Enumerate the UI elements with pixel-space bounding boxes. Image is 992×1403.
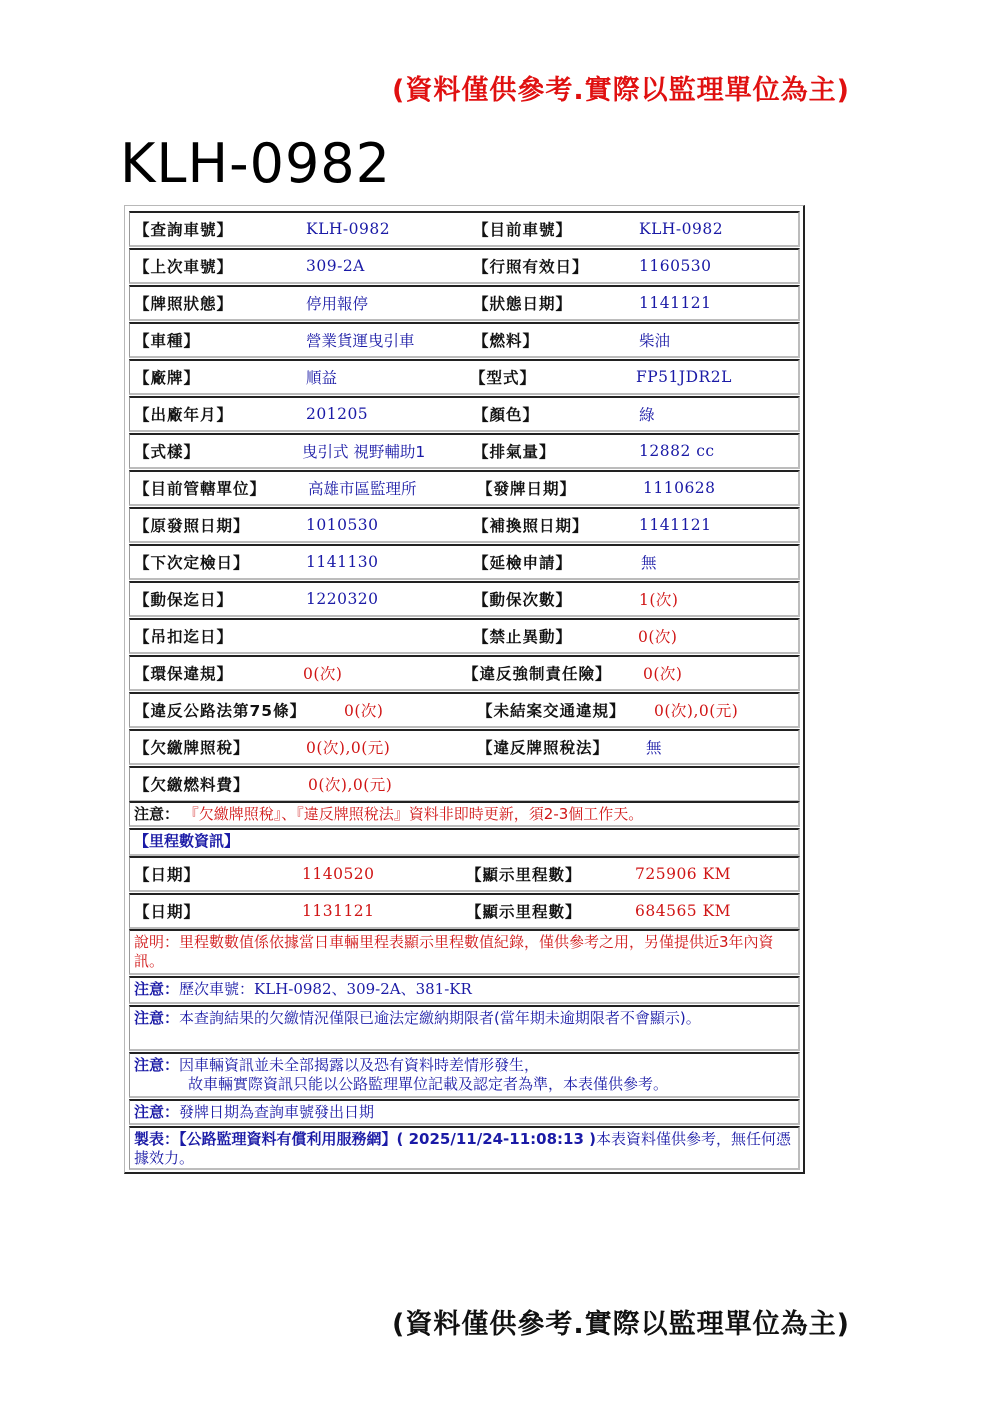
row-label: 【車種】: [134, 324, 200, 356]
row-label: 【查詢車號】: [134, 213, 233, 245]
row-label: 【補換照日期】: [473, 509, 589, 541]
table-row: 【欠繳燃料費】 0(次),0(元): [129, 766, 800, 802]
row-value: 順益: [306, 361, 337, 393]
tax-update-note: 注意： 『欠繳牌照稅』、『違反牌照稅法』資料非即時更新，須2-3個工作天。: [129, 801, 800, 827]
row-label: 【動保次數】: [473, 583, 572, 615]
row-label: 【狀態日期】: [473, 287, 572, 319]
table-row: 【式樣】 曳引式 視野輔助1 【排氣量】 12882 cc: [129, 433, 800, 469]
source-name: 【公路監理資料有償利用服務網】: [179, 1130, 397, 1148]
row-value: 綠: [639, 398, 655, 430]
row-value: FP51JDR2L: [636, 361, 732, 393]
row-label: 【廠牌】: [134, 361, 200, 393]
row-value: 柴油: [639, 324, 670, 356]
row-value: 1110628: [643, 472, 716, 504]
note-text: 『欠繳牌照稅』、『違反牌照稅法』資料非即時更新，須2-3個工作天。: [184, 805, 644, 823]
row-value: 1(次): [639, 583, 678, 615]
row-value: 0(次): [344, 694, 383, 726]
row-label: 【牌照狀態】: [134, 287, 233, 319]
note-text: 本查詢結果的欠繳情況僅限已逾法定繳納期限者(當年期未逾期限者不會顯示)。: [179, 1009, 701, 1027]
row-label: 【行照有效日】: [473, 250, 589, 282]
disclaimer-bottom: (資料僅供參考.實際以監理單位為主): [392, 1302, 850, 1341]
row-value: 0(次),0(元): [306, 731, 390, 763]
row-label: 【下次定檢日】: [134, 546, 250, 578]
mileage-km: 684565 KM: [635, 895, 731, 927]
table-row: 【欠繳牌照稅】 0(次),0(元) 【違反牌照稅法】 無: [129, 729, 800, 765]
row-label: 【動保迄日】: [134, 583, 233, 615]
vehicle-info-table: 【查詢車號】 KLH-0982 【目前車號】 KLH-0982 【上次車號】 3…: [124, 205, 805, 1174]
row-label: 【吊扣迄日】: [134, 620, 233, 652]
table-row: 【目前管轄單位】 高雄市區監理所 【發牌日期】 1110628: [129, 470, 800, 506]
mileage-date: 1140520: [302, 858, 375, 890]
table-row: 【上次車號】 309-2A 【行照有效日】 1160530: [129, 248, 800, 284]
row-label: 【環保違規】: [134, 657, 233, 689]
table-row: 【違反公路法第75條】 0(次) 【未結案交通違規】 0(次),0(元): [129, 692, 800, 728]
row-label: 【目前管轄單位】: [134, 472, 266, 504]
row-label: 【發牌日期】: [477, 472, 576, 504]
row-label: 【延檢申請】: [473, 546, 572, 578]
row-label: 【式樣】: [134, 435, 200, 467]
table-row: 【牌照狀態】 停用報停 【狀態日期】 1141121: [129, 285, 800, 321]
row-label: 【未結案交通違規】: [477, 694, 626, 726]
disclosure-note: 注意：因車輛資訊並未全部揭露以及恐有資料時差情形發生， 故車輛實際資訊只能以公路…: [129, 1052, 800, 1098]
plate-history: KLH-0982、309-2A、381-KR: [254, 980, 472, 998]
row-label: 【燃料】: [473, 324, 539, 356]
row-value: 12882 cc: [639, 435, 715, 467]
table-row: 【出廠年月】 201205 【顏色】 綠: [129, 396, 800, 432]
row-value: 1141121: [639, 287, 712, 319]
row-label: 【日期】: [134, 858, 200, 890]
row-value: 高雄市區監理所: [308, 472, 417, 504]
note-tag: 注意：: [134, 1056, 179, 1074]
note-tag: 注意：: [134, 1009, 179, 1027]
table-row: 【環保違規】 0(次) 【違反強制責任險】 0(次): [129, 655, 800, 691]
row-value: 1141121: [639, 509, 712, 541]
mileage-row: 【日期】 1131121 【顯示里程數】 684565 KM: [129, 893, 800, 929]
mileage-explanation: 說明：里程數數值係依據當日車輛里程表顯示里程數值紀錄，僅供參考之用，另僅提供近3…: [129, 929, 800, 975]
note-line-2: 故車輛實際資訊只能以公路監理單位記載及認定者為準，本表僅供參考。: [134, 1075, 794, 1094]
row-value: 201205: [306, 398, 368, 430]
row-label: 【違反牌照稅法】: [477, 731, 609, 763]
plate-history-note: 注意：歷次車號：KLH-0982、309-2A、381-KR: [129, 976, 800, 1004]
issue-date-note: 注意：發牌日期為查詢車號發出日期: [129, 1099, 800, 1125]
row-value: 停用報停: [306, 287, 368, 319]
row-value: 0(次): [303, 657, 342, 689]
row-value: 營業貨運曳引車: [306, 324, 415, 356]
row-label: 【日期】: [134, 895, 200, 927]
row-label: 【目前車號】: [473, 213, 572, 245]
mileage-date: 1131121: [302, 895, 375, 927]
row-value: 309-2A: [306, 250, 365, 282]
note-prefix: 歷次車號：: [179, 980, 254, 998]
row-label: 【顯示里程數】: [466, 858, 582, 890]
table-row: 【車種】 營業貨運曳引車 【燃料】 柴油: [129, 322, 800, 358]
row-value: 無: [641, 546, 657, 578]
row-value: 曳引式 視野輔助1: [302, 435, 425, 467]
row-label: 【排氣量】: [473, 435, 556, 467]
row-value: KLH-0982: [639, 213, 723, 245]
arrears-note: 注意：本查詢結果的欠繳情況僅限已逾法定繳納期限者(當年期未逾期限者不會顯示)。: [129, 1005, 800, 1051]
disclaimer-top: (資料僅供參考.實際以監理單位為主): [392, 68, 850, 107]
mileage-km: 725906 KM: [635, 858, 731, 890]
row-value: 1010530: [306, 509, 379, 541]
row-label: 【出廠年月】: [134, 398, 233, 430]
row-value: 0(次): [638, 620, 677, 652]
table-row: 【原發照日期】 1010530 【補換照日期】 1141121: [129, 507, 800, 543]
row-label: 【欠繳牌照稅】: [134, 731, 250, 763]
row-value: 0(次),0(元): [308, 768, 392, 800]
row-label: 【欠繳燃料費】: [134, 768, 250, 800]
note-tag: 製表：: [134, 1130, 179, 1148]
table-row: 【廠牌】 順益 【型式】 FP51JDR2L: [129, 359, 800, 395]
section-title: 【里程數資訊】: [134, 832, 239, 850]
note-line-1: 因車輛資訊並未全部揭露以及恐有資料時差情形發生，: [179, 1056, 539, 1074]
table-row: 【吊扣迄日】 【禁止異動】 0(次): [129, 618, 800, 654]
row-value: 無: [646, 731, 662, 763]
note-tag: 注意：: [134, 1103, 179, 1121]
row-label: 【違反公路法第75條】: [134, 694, 306, 726]
row-label: 【原發照日期】: [134, 509, 250, 541]
timestamp: ( 2025/11/24-11:08:13 ): [397, 1130, 596, 1148]
row-label: 【上次車號】: [134, 250, 233, 282]
note-tag: 注意：: [134, 980, 179, 998]
row-label: 【顯示里程數】: [466, 895, 582, 927]
page-title: KLH-0982: [120, 132, 391, 195]
row-label: 【型式】: [470, 361, 536, 393]
row-label: 【違反強制責任險】: [463, 657, 612, 689]
note-text: 發牌日期為查詢車號發出日期: [179, 1103, 374, 1121]
row-value: 0(次): [643, 657, 682, 689]
table-row: 【動保迄日】 1220320 【動保次數】 1(次): [129, 581, 800, 617]
row-label: 【顏色】: [473, 398, 539, 430]
table-row: 【下次定檢日】 1141130 【延檢申請】 無: [129, 544, 800, 580]
mileage-section-header: 【里程數資訊】: [129, 828, 800, 856]
row-value: 1220320: [306, 583, 379, 615]
note-tag: 注意：: [134, 805, 179, 823]
row-value: KLH-0982: [306, 213, 390, 245]
mileage-row: 【日期】 1140520 【顯示里程數】 725906 KM: [129, 856, 800, 892]
row-value: 1141130: [306, 546, 379, 578]
row-label: 【禁止異動】: [473, 620, 572, 652]
row-value: 0(次),0(元): [654, 694, 738, 726]
table-row: 【查詢車號】 KLH-0982 【目前車號】 KLH-0982: [129, 211, 800, 247]
producer-note: 製表：【公路監理資料有償利用服務網】( 2025/11/24-11:08:13 …: [129, 1126, 800, 1170]
row-value: 1160530: [639, 250, 712, 282]
